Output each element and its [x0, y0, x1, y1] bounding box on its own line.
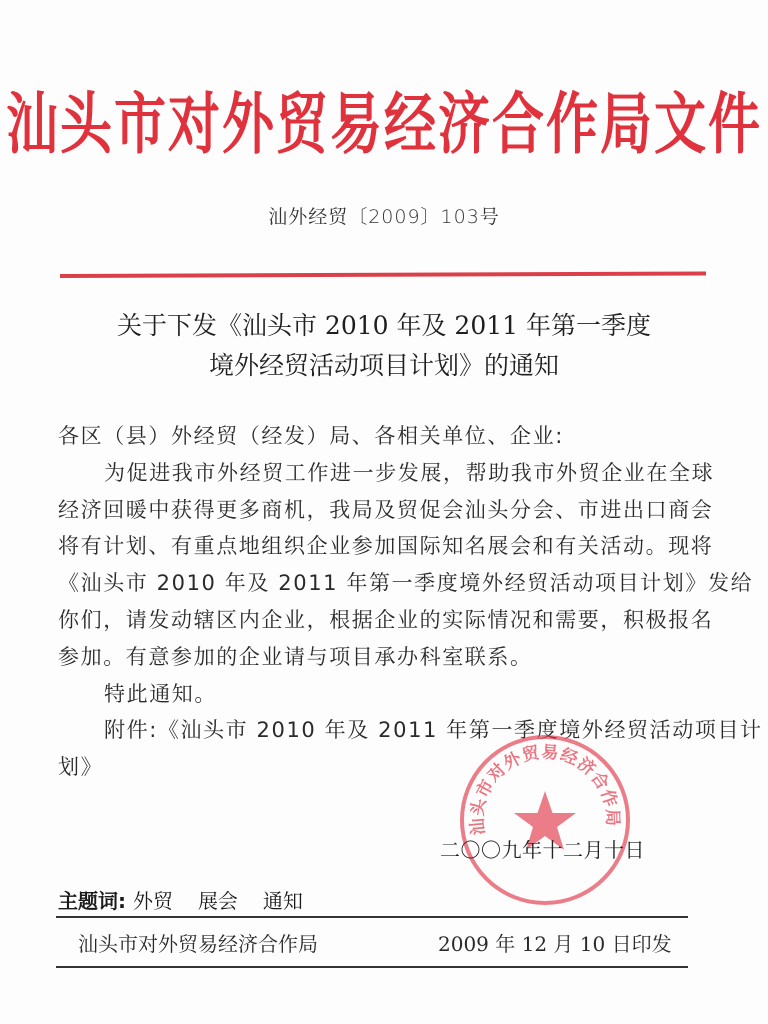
subject-keywords: 主题词: 外贸 展会 通知 [58, 885, 321, 914]
document-subject: 关于下发《汕头市 2010 年及 2011 年第一季度 境外经贸活动项目计划》的… [0, 306, 768, 386]
closing-phrase: 特此通知。 [58, 676, 708, 713]
body-line: 参加。有意参加的企业请与项目承办科室联系。 [58, 639, 708, 676]
keyword: 展会 [198, 889, 238, 913]
footer-bottom-rule [56, 966, 688, 968]
keywords-label: 主题词: [58, 889, 126, 913]
seal-star-icon: 汕头市对外贸易经济合作局 [464, 739, 626, 901]
subject-line-2: 境外经贸活动项目计划》的通知 [0, 346, 768, 386]
subject-line-1: 关于下发《汕头市 2010 年及 2011 年第一季度 [0, 306, 768, 346]
document-body: 各区（县）外经贸（经发）局、各相关单位、企业: 为促进我市外经贸工作进一步发展，… [58, 418, 708, 786]
body-line: 为促进我市外经贸工作进一步发展，帮助我市外贸企业在全球 [58, 455, 708, 492]
document-number: 汕外经贸〔2009〕103号 [0, 202, 768, 229]
official-seal: 汕头市对外贸易经济合作局 [460, 735, 630, 905]
salutation: 各区（县）外经贸（经发）局、各相关单位、企业: [58, 418, 708, 455]
body-line: 《汕头市 2010 年及 2011 年第一季度境外经贸活动项目计划》发给 [58, 565, 708, 602]
keyword: 通知 [263, 889, 303, 913]
body-line: 你们，请发动辖区内企业，根据企业的实际情况和需要，积极报名 [58, 602, 708, 639]
body-line: 经济回暖中获得更多商机，我局及贸促会汕头分会、市进出口商会 [58, 492, 708, 529]
issuer-title: 汕头市对外贸易经济合作局文件 [0, 92, 768, 159]
footer-top-rule [56, 916, 688, 918]
keyword: 外贸 [133, 889, 173, 913]
body-line: 将有计划、有重点地组织企业参加国际知名展会和有关活动。现将 [58, 528, 708, 565]
signing-date: 二〇〇九年十二月十日 [440, 834, 645, 863]
footer-issuer: 汕头市对外贸易经济合作局 [78, 928, 318, 957]
footer-print-date: 2009 年 12 月 10 日印发 [438, 928, 672, 957]
red-divider [60, 272, 706, 278]
